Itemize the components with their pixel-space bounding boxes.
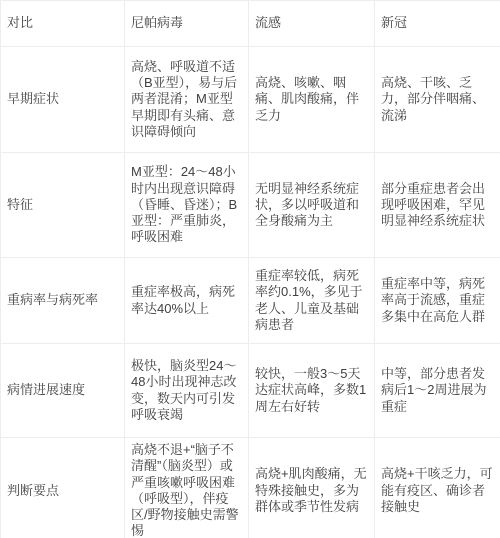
row-label-early-symptoms: 早期症状 [1, 47, 125, 153]
row-label-features: 特征 [1, 153, 125, 258]
cell-features-flu: 无明显神经系统症状，多以呼吸道和全身酸痛为主 [249, 153, 375, 258]
cell-early-nipah: 高烧、呼吸道不适（B亚型），易与后两者混淆；M亚型早期即有头痛、意识障碍倾向 [125, 47, 249, 153]
cell-rate-flu: 重症率较低，病死率约0.1%，多见于老人、儿童及基础病患者 [249, 258, 375, 344]
header-influenza: 流感 [249, 1, 375, 47]
table-row-severity-fatality: 重病率与病死率 重症率极高，病死率达40%以上 重症率较低，病死率约0.1%，多… [1, 258, 500, 344]
cell-early-flu: 高烧、咳嗽、咽痛、肌肉酸痛，伴乏力 [249, 47, 375, 153]
cell-speed-covid: 中等，部分患者发病后1～2周进展为重症 [375, 344, 500, 438]
table-row-features: 特征 M亚型：24～48小时内出现意识障碍（昏睡、昏迷）；B亚型：严重肺炎，呼吸… [1, 153, 500, 258]
header-row: 对比 尼帕病毒 流感 新冠 [1, 1, 500, 47]
cell-features-nipah: M亚型：24～48小时内出现意识障碍（昏睡、昏迷）；B亚型：严重肺炎，呼吸困难 [125, 153, 249, 258]
cell-early-covid: 高烧、干咳、乏力，部分伴咽痛、流涕 [375, 47, 500, 153]
page: 对比 尼帕病毒 流感 新冠 早期症状 高烧、呼吸道不适（B亚型），易与后两者混淆… [0, 0, 500, 538]
header-covid: 新冠 [375, 1, 500, 47]
cell-speed-flu: 较快，一般3～5天达症状高峰，多数1周左右好转 [249, 344, 375, 438]
cell-judge-covid: 高烧+干咳乏力，可能有疫区、确诊者接触史 [375, 438, 500, 538]
cell-judge-nipah: 高烧不退+“脑子不清醒”（脑炎型）或严重咳嗽呼吸困难（呼吸型），伴疫区/野物接触… [125, 438, 249, 538]
table-row-progression-speed: 病情进展速度 极快，脑炎型24～48小时出现神志改变，数天内可引发呼吸衰竭 较快… [1, 344, 500, 438]
row-label-progression-speed: 病情进展速度 [1, 344, 125, 438]
cell-speed-nipah: 极快，脑炎型24～48小时出现神志改变，数天内可引发呼吸衰竭 [125, 344, 249, 438]
table-row-judgment-points: 判断要点 高烧不退+“脑子不清醒”（脑炎型）或严重咳嗽呼吸困难（呼吸型），伴疫区… [1, 438, 500, 538]
header-nipah-virus: 尼帕病毒 [125, 1, 249, 47]
header-compare: 对比 [1, 1, 125, 47]
cell-features-covid: 部分重症患者会出现呼吸困难，罕见明显神经系统症状 [375, 153, 500, 258]
cell-judge-flu: 高烧+肌肉酸痛，无特殊接触史，多为群体或季节性发病 [249, 438, 375, 538]
row-label-judgment-points: 判断要点 [1, 438, 125, 538]
comparison-table: 对比 尼帕病毒 流感 新冠 早期症状 高烧、呼吸道不适（B亚型），易与后两者混淆… [0, 0, 500, 538]
cell-rate-covid: 重症率中等，病死率高于流感，重症多集中在高危人群 [375, 258, 500, 344]
row-label-severity-fatality: 重病率与病死率 [1, 258, 125, 344]
cell-rate-nipah: 重症率极高，病死率达40%以上 [125, 258, 249, 344]
table-row-early-symptoms: 早期症状 高烧、呼吸道不适（B亚型），易与后两者混淆；M亚型早期即有头痛、意识障… [1, 47, 500, 153]
